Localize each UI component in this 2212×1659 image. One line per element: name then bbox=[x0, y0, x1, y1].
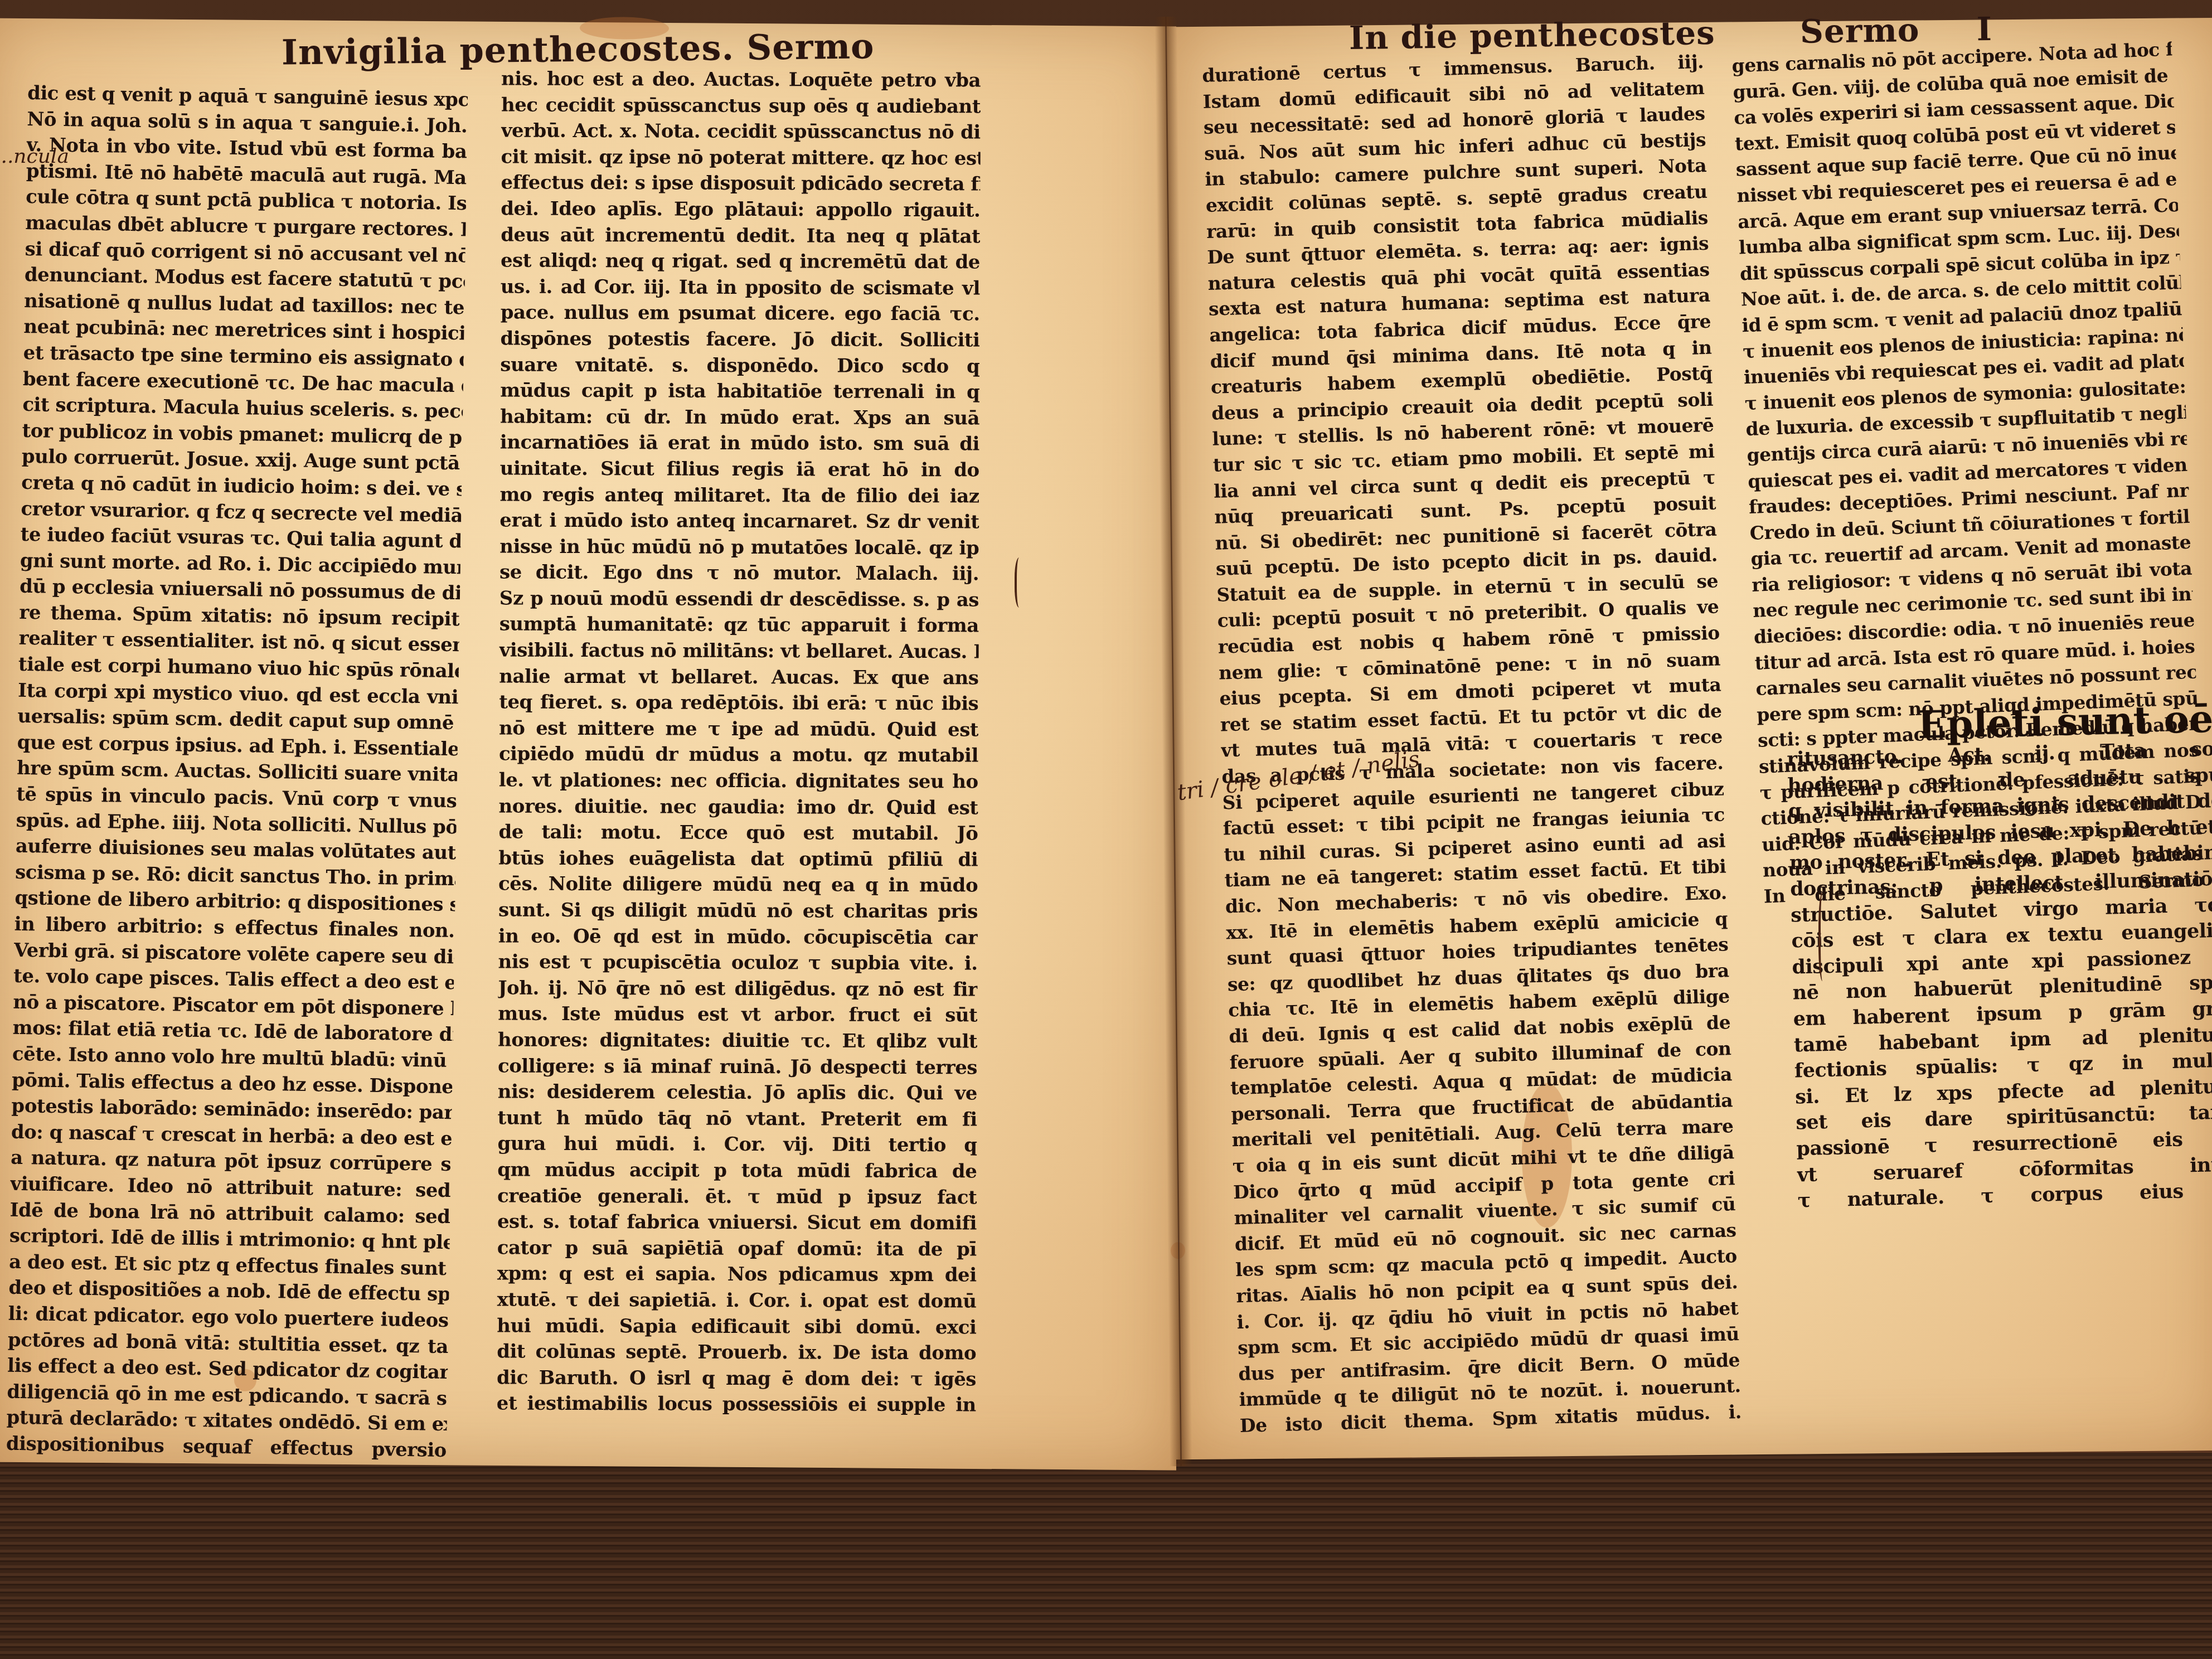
folio-number: I bbox=[1976, 10, 1992, 48]
text-line: dispōnes potestis facere. Jō dicit. Soll… bbox=[500, 326, 979, 353]
text-line: Sz p nouū modū essendi dr descēdisse. s.… bbox=[499, 585, 979, 613]
text-line: est. s. totaf fabrica vniuersi. Sicut em… bbox=[497, 1209, 977, 1237]
text-line: creatiōe generali. ēt. τ mūd p ipsuz fac… bbox=[497, 1183, 977, 1211]
right-page-column-1: durationē certus τ immensus. Baruch. iij… bbox=[1202, 49, 1742, 1439]
text-line: deus aūt incrementū dedit. Ita neq q plā… bbox=[501, 222, 980, 250]
text-line: verbū. Act. x. Nota. cecidit spūsscanctu… bbox=[501, 118, 981, 146]
book-photo: Invigilia penthecostes. Sermo ...ncula d… bbox=[0, 0, 2212, 1659]
text-line: effectus dei: s ipse disposuit pdicādo s… bbox=[501, 170, 980, 198]
text-line: visibili. factus nō militāns: vt bellare… bbox=[499, 638, 978, 666]
text-line: hui mūdi. Sapia edificauit sibi domū. ex… bbox=[497, 1313, 976, 1341]
text-line: est aliqd: neq q rigat. sed q incremētū … bbox=[501, 248, 980, 276]
text-line: nō est mittere me τ ipe ad mūdū. Quid es… bbox=[499, 715, 978, 743]
left-page-column-1: dic est q venit p aquā τ sanguinē iesus … bbox=[6, 80, 468, 1464]
text-line: Joh. ij. Nō q̄re nō est diligēdus. qz nō… bbox=[498, 975, 977, 1003]
text-line: gura hui mūdi. i. Cor. vij. Diti tertio … bbox=[497, 1131, 977, 1159]
text-line: us. i. ad Cor. iij. Ita in pposito de sc… bbox=[501, 274, 980, 302]
left-running-head: Invigilia penthecostes. Sermo bbox=[282, 26, 875, 72]
running-head-label: Sermo bbox=[1800, 11, 1920, 51]
text-line: in eo. Oē qd est in mūdo. cōcupiscētia c… bbox=[498, 923, 978, 951]
text-line: sunt. Si qs diligit mūdū nō est charitas… bbox=[498, 897, 978, 925]
text-line: de tali: motu. Ecce quō est mutabil. Jō bbox=[498, 819, 978, 847]
text-line: hec cecidit spūsscanctus sup oēs q audie… bbox=[501, 92, 981, 120]
text-line: xtutē. τ dei sapietiā. i. Cor. i. opat e… bbox=[497, 1287, 976, 1314]
right-page-column-2-continuation: ritusancto. Act. ij. Tota solhodierna es… bbox=[1787, 736, 2212, 1214]
text-line: colligere: s iā minaf ruinā. Jō despecti… bbox=[498, 1053, 977, 1081]
text-line: nis est τ pcupiscētia oculoz τ supbia vi… bbox=[498, 949, 978, 977]
text-line: dei. Ideo aplīs. Ego plātaui: appollo ri… bbox=[501, 196, 980, 224]
bracket-mark bbox=[1015, 557, 1026, 608]
left-page-column-2: nis. hoc est a deo. Auctas. Loquēte petr… bbox=[497, 66, 981, 1419]
text-line: btūs iohes euāgelista dat optimū pfiliū … bbox=[498, 845, 978, 873]
text-line: mūdus capit p ista habitatiōe terrenali … bbox=[500, 378, 979, 406]
text-line: dic Baruth. O isrl q mag ē dom dei: τ ig… bbox=[497, 1365, 976, 1393]
text-line: cipiēdo mūdū dr mūdus a motu. qz mutabil bbox=[499, 741, 978, 769]
bracket-mark-right bbox=[1818, 892, 1828, 981]
text-line: teq fieret. s. opa redēptōis. ibi erā: τ… bbox=[499, 690, 978, 717]
text-line: erat i mūdo isto anteq incarnaret. Sz dr… bbox=[499, 508, 979, 536]
text-line: cit misit. qz ipse nō poterat mittere. q… bbox=[501, 144, 981, 172]
text-line: dit colūnas septē. Prouerb. ix. De ista … bbox=[497, 1339, 976, 1367]
text-line: cēs. Nolite diligere mūdū neq ea q in mū… bbox=[498, 871, 978, 899]
text-line: se dicit. Ego dns τ nō mutor. Malach. ii… bbox=[499, 560, 979, 588]
text-line: nalie armat vt bellaret. Aucas. Ex que a… bbox=[499, 663, 978, 691]
text-line: nis. hoc est a deo. Auctas. Loquēte petr… bbox=[501, 66, 981, 94]
text-line: incarnatiōes iā erat in mūdo isto. sm su… bbox=[500, 430, 979, 458]
text-line: mo regis anteq militaret. Ita de filio d… bbox=[499, 482, 979, 510]
text-line: et iestimabilis locus possessiōis ei sup… bbox=[497, 1391, 976, 1419]
page-block-edges bbox=[0, 1449, 2212, 1659]
text-line: uinitate. Sicut filius regis iā erat hō … bbox=[500, 455, 979, 483]
text-line: qm mūdus accipit p tota mūdi fabrica de bbox=[497, 1157, 977, 1185]
text-line: habitam: cū dr. In mūdo erat. Xps an suā bbox=[500, 404, 979, 431]
text-line: pace. nullus em psumat dicere. ego faciā… bbox=[501, 300, 980, 328]
text-line: mus. Iste mūdus est vt arbor. fruct ei s… bbox=[498, 1001, 977, 1029]
text-line: honores: dignitates: diuitie τc. Et qlib… bbox=[498, 1027, 977, 1055]
text-line: nores. diuitie. nec gaudia: imo dr. Quid… bbox=[499, 793, 978, 821]
text-line: le. vt plationes: nec officia. dignitate… bbox=[499, 768, 978, 795]
text-line: suare vnitatē. s. disponēdo. Dico scdo q bbox=[500, 352, 979, 380]
text-line: tunt h mūdo tāq nō vtant. Preterit em fi bbox=[498, 1105, 977, 1133]
text-line: nisse in hūc mūdū nō p mutatōes localē. … bbox=[499, 533, 979, 561]
text-line: cator p suā sapiētiā opaf domū: ita de p… bbox=[497, 1235, 977, 1263]
text-line: nis: desiderem celestia. Jō aplīs dic. Q… bbox=[498, 1079, 977, 1107]
text-line: xpm: q est ei sapia. Nos pdicamus xpm de… bbox=[497, 1261, 977, 1289]
text-line: sumptā humanitatē: qz tūc apparuit i for… bbox=[499, 612, 979, 639]
